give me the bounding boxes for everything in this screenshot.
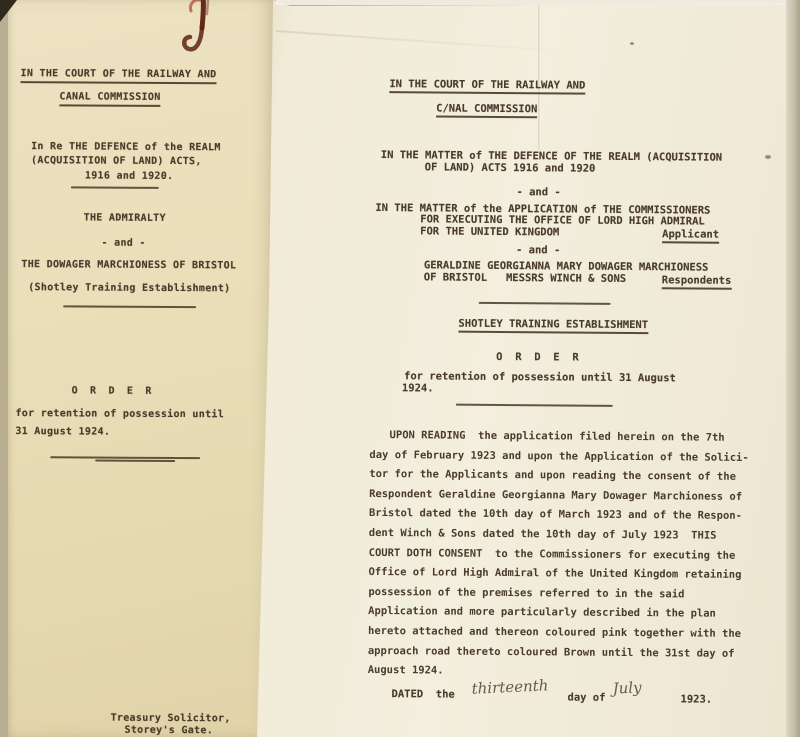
right-respondent-line2: OF BRISTOL MESSRS WINCH & SONS xyxy=(424,271,626,285)
right-court-heading-line2: C/NAL COMMISSION xyxy=(436,102,537,118)
right-and-separator-1: - and - xyxy=(516,186,560,198)
left-footer-line1: Treasury Solicitor, xyxy=(111,713,231,726)
left-cause-title-line2: (ACQUISITION OF LAND) ACTS, xyxy=(31,155,202,168)
dated-year: 1923. xyxy=(680,693,712,705)
right-order-line1: for retention of possession until 31 Aug… xyxy=(404,370,676,384)
left-court-heading-line1: IN THE COURT OF THE RAILWAY AND xyxy=(20,68,216,84)
ruled-line xyxy=(95,460,175,462)
left-party-applicant: THE ADMIRALTY xyxy=(84,212,166,225)
right-document-page: IN THE COURT OF THE RAILWAY AND C/NAL CO… xyxy=(256,0,792,737)
ruled-line xyxy=(63,305,196,308)
right-document-content: IN THE COURT OF THE RAILWAY AND C/NAL CO… xyxy=(250,0,792,737)
paperclip-icon xyxy=(180,0,220,64)
body-line: August 1924. xyxy=(368,664,768,687)
left-party-respondent: THE DOWAGER MARCHIONESS OF BRISTOL xyxy=(21,259,236,272)
right-and-separator-2: - and - xyxy=(516,244,560,256)
left-document-page: IN THE COURT OF THE RAILWAY AND CANAL CO… xyxy=(8,0,278,737)
left-order-line1: for retention of possession until xyxy=(15,408,224,421)
right-matter1-line2: OF LAND) ACTS 1916 and 1920 xyxy=(425,161,596,174)
order-body-paragraph: UPON READING the application filed herei… xyxy=(368,429,770,687)
left-footer-line2: Storey's Gate. xyxy=(125,725,214,737)
ruled-line xyxy=(71,186,159,189)
left-cause-title-line1: In Re THE DEFENCE of the REALM xyxy=(31,141,221,154)
ruled-line xyxy=(50,456,200,458)
respondents-label: Respondents xyxy=(662,274,732,290)
dated-day-handwritten: thirteenth xyxy=(471,679,548,694)
right-order-line2: 1924. xyxy=(402,382,434,394)
right-matter2-line3: FOR THE UNITED KINGDOM xyxy=(420,225,559,238)
left-party-note: (Shotley Training Establishment) xyxy=(28,282,230,295)
left-document-content: IN THE COURT OF THE RAILWAY AND CANAL CO… xyxy=(3,0,247,737)
right-court-heading-line1: IN THE COURT OF THE RAILWAY AND xyxy=(389,78,585,95)
ruled-line xyxy=(456,404,613,407)
dated-month-handwritten: July xyxy=(612,681,641,694)
left-order-heading: O R D E R xyxy=(72,385,155,398)
document-scan: IN THE COURT OF THE RAILWAY AND CANAL CO… xyxy=(0,0,800,737)
left-order-line2: 31 August 1924. xyxy=(15,426,110,439)
underlying-sheet-edge xyxy=(276,0,792,5)
dated-connector: day of xyxy=(567,692,605,704)
ruled-line xyxy=(479,302,611,305)
left-and-separator: - and - xyxy=(101,238,145,250)
left-cause-title-line3: 1916 and 1920. xyxy=(85,170,174,183)
right-order-heading: O R D E R xyxy=(496,351,582,364)
dated-prefix: DATED the xyxy=(392,688,455,700)
case-heading: SHOTLEY TRAINING ESTABLISHMENT xyxy=(458,318,648,334)
applicant-label: Applicant xyxy=(662,228,719,243)
left-court-heading-line2: CANAL COMMISSION xyxy=(59,91,160,107)
underlying-sheet-edge xyxy=(786,0,800,737)
